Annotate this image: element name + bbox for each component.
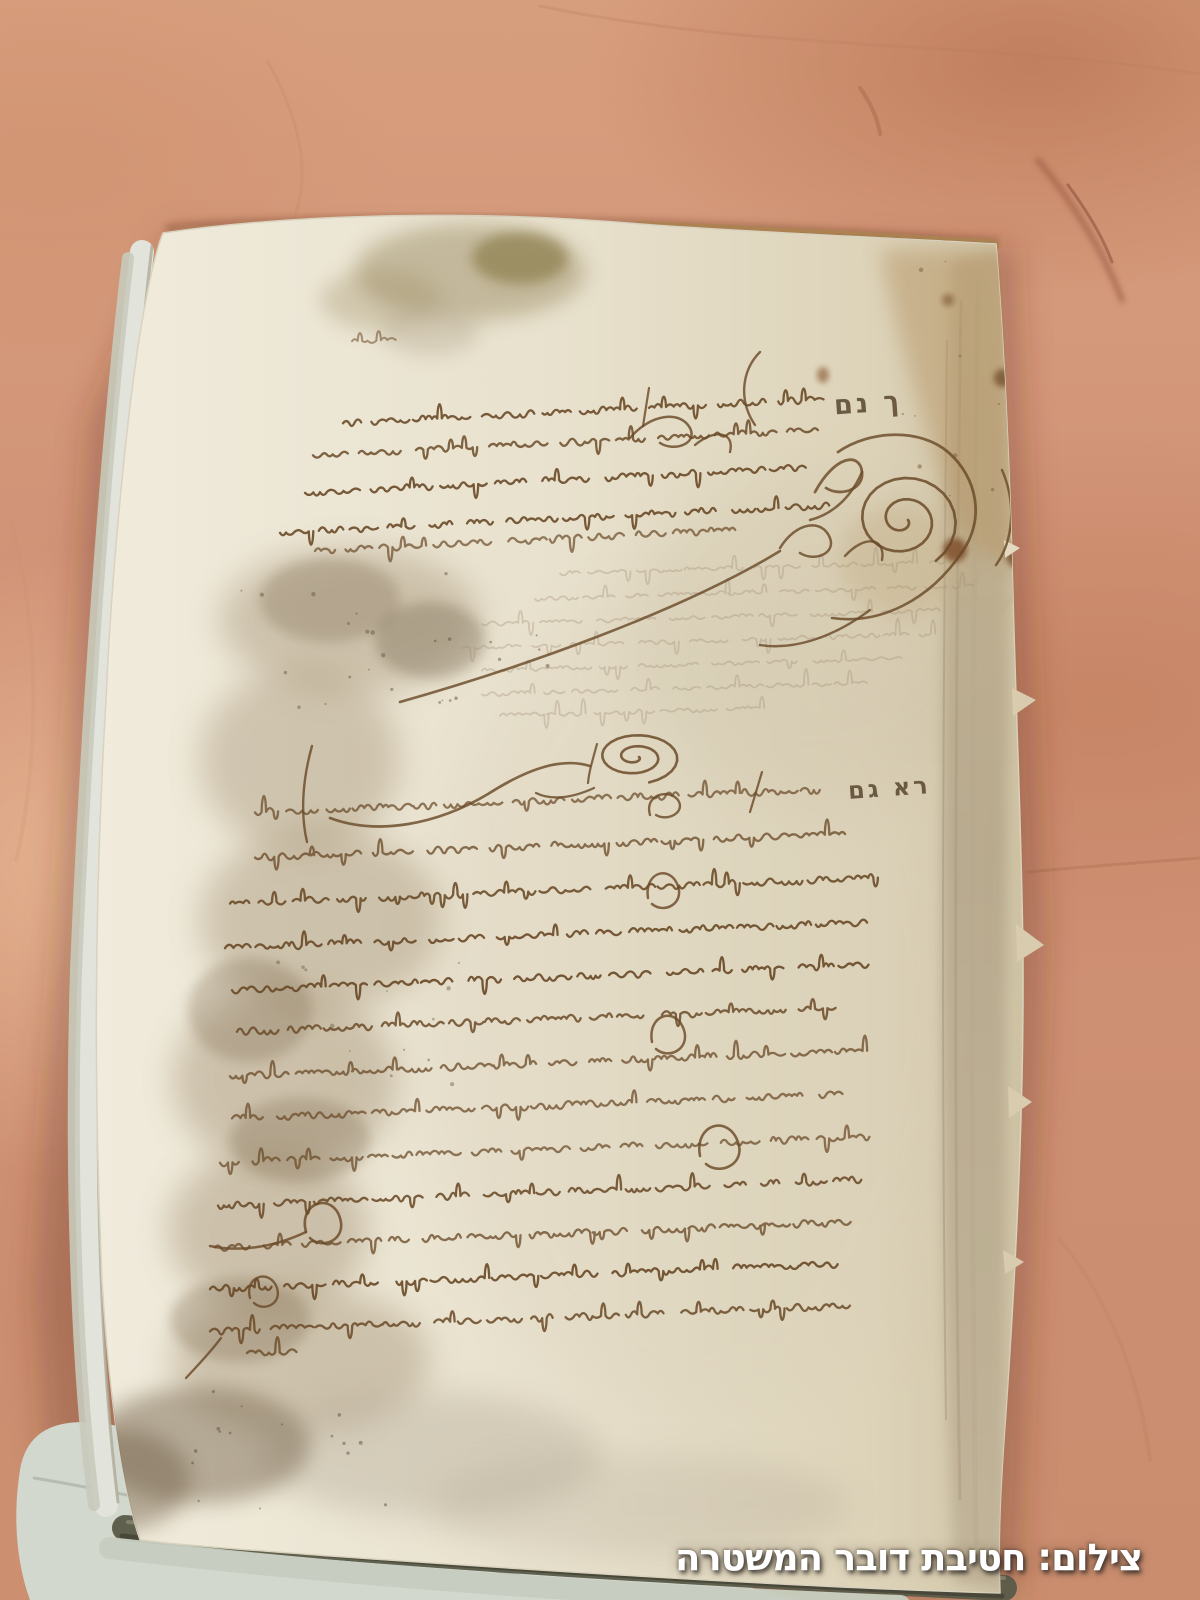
marginalia-mark-top: ך נם xyxy=(833,388,903,420)
photo-credit-caption: צילום: חטיבת דובר המשטרה xyxy=(675,1536,1142,1579)
manuscript-photo xyxy=(0,0,1200,1600)
marginalia-mark-middle: רא גם xyxy=(847,773,931,803)
photo-scene: ך נם רא גם צילום: חטיבת דובר המשטרה xyxy=(0,0,1200,1600)
